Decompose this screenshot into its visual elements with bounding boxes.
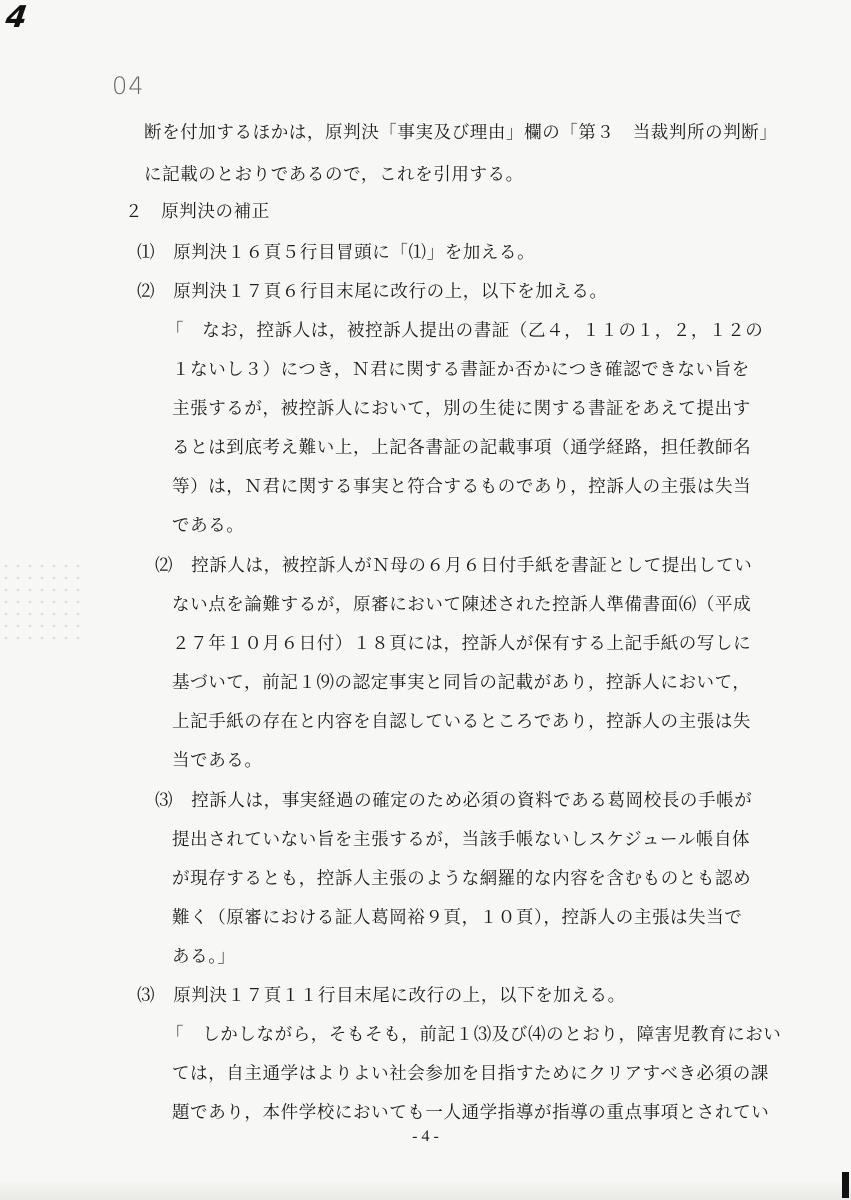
text-line: 題であり，本件学校においても一人通学指導が指導の重点事項とされてい [172,1101,769,1125]
text-line: ２ 原判決の補正 [125,200,270,224]
text-line: ⑶ 控訴人は，事実経過の確定のため必須の資料である葛岡校長の手帳が [155,789,752,813]
text-line: 断を付加するほかは，原判決「事実及び理由」欄の「第３ 当裁判所の判断」 [144,121,778,145]
text-line: ２７年１０月６日付）１８頁には，控訴人が保有する上記手紙の写しに [172,632,751,656]
pencil-annotation: 04 [112,72,145,100]
document-page: 4 04 断を付加するほかは，原判決「事実及び理由」欄の「第３ 当裁判所の判断」… [0,0,851,1200]
text-line: 提出されていない旨を主張するが，当該手帳ないしスケジュール帳自体 [172,828,750,852]
text-line: ⑴ 原判決１６頁５行目冒頭に「⑴」を加える。 [137,241,535,265]
scan-dot-pattern [0,560,80,640]
scan-mark [842,1172,849,1198]
text-line: 主張するが，被控訴人において，別の生徒に関する書証をあえて提出す [172,397,751,421]
scan-edge [0,1180,851,1200]
text-line: ⑶ 原判決１７頁１１行目末尾に改行の上，以下を加える。 [137,984,626,1008]
text-line: ては，自主通学はよりよい社会参加を目指すためにクリアすべき必須の課 [172,1062,769,1086]
text-line: 基づいて，前記１⑼の認定事実と同旨の記載があり，控訴人において， [172,671,751,695]
text-line: 等）は，Ｎ君に関する事実と符合するものであり，控訴人の主張は失当 [172,475,751,499]
handwritten-page-number: 4 [4,0,30,35]
text-line: 難く（原審における証人葛岡裕９頁，１０頁），控訴人の主張は失当で [172,906,742,930]
text-line: 当である。 [172,749,263,773]
text-line: 上記手紙の存在と内容を自認しているところであり，控訴人の主張は失 [172,710,751,734]
text-line: ⑵ 原判決１７頁６行目末尾に改行の上，以下を加える。 [137,280,608,304]
text-line: が現存するとも，控訴人主張のような網羅的な内容を含むものとも認め [172,867,751,891]
text-line: るとは到底考え難い上，上記各書証の記載事項（通学経路，担任教師名 [172,436,751,460]
text-line: 「 しかしながら，そもそも，前記１⑶及び⑷のとおり，障害児教育におい [166,1023,781,1047]
text-line: ⑵ 控訴人は，被控訴人がＮ母の６月６日付手紙を書証として提出してい [155,554,752,578]
text-line: ない点を論難するが，原審において陳述された控訴人準備書面⑹（平成 [172,593,751,617]
text-line: 「 なお，控訴人は，被控訴人提出の書証（乙４，１１の１，２，１２の [166,319,763,343]
page-number: - 4 - [0,1128,851,1146]
text-line: １ないし３）につき，Ｎ君に関する書証か否かにつき確認できない旨を [172,358,750,382]
text-line: である。 [172,514,244,538]
text-line: ある。」 [172,945,236,969]
text-line: に記載のとおりであるので，これを引用する。 [144,163,524,187]
